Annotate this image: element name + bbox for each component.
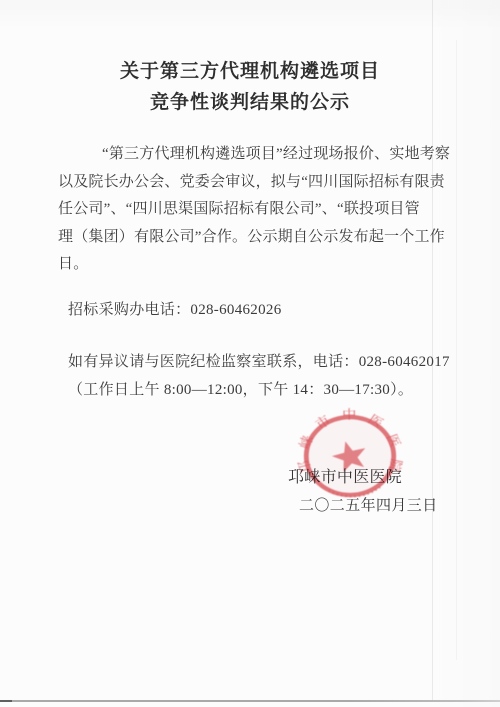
objection-line1: 如有异议请与医院纪检监察室联系，电话：028-60462017 xyxy=(68,349,450,377)
signature-date: 二〇二五年四月三日 xyxy=(299,494,438,515)
notice-title-line1: 关于第三方代理机构遴选项目 xyxy=(0,56,500,87)
paragraph-line: 日。 xyxy=(58,251,450,279)
notice-title: 关于第三方代理机构遴选项目 竞争性谈判结果的公示 xyxy=(0,56,500,118)
paragraph-line: 任公司”、“四川思渠国际招标有限公司”、“联投项目管 xyxy=(58,196,450,224)
paragraph-line: 以及院长办公会、党委会审议，拟与“四川国际招标有限责 xyxy=(58,169,450,197)
notice-paragraph: “第三方代理机构遴选项目”经过现场报价、实地考察 以及院长办公会、党委会审议，拟… xyxy=(58,141,450,279)
scan-artifact-vertical-line xyxy=(432,0,433,701)
signature-org-name: 邛崃市中医医院 xyxy=(288,464,402,487)
scan-artifact-vertical-line-faint xyxy=(456,40,457,660)
paragraph-line: 理（集团）有限公司”合作。公示期自公示发布起一个工作 xyxy=(58,224,450,252)
objection-line2: （工作日上午 8:00—12:00，下午 14：30—17:30）。 xyxy=(68,377,450,405)
scanned-notice-page: 关于第三方代理机构遴选项目 竞争性谈判结果的公示 “第三方代理机构遴选项目”经过… xyxy=(0,0,500,707)
procurement-phone-line: 招标采购办电话：028-60462026 xyxy=(68,297,282,325)
objection-contact-block: 如有异议请与医院纪检监察室联系，电话：028-60462017 （工作日上午 8… xyxy=(68,349,450,404)
paragraph-line: “第三方代理机构遴选项目”经过现场报价、实地考察 xyxy=(58,141,450,169)
notice-title-line2: 竞争性谈判结果的公示 xyxy=(0,87,500,118)
scan-artifact-bottom-edge xyxy=(0,700,500,702)
